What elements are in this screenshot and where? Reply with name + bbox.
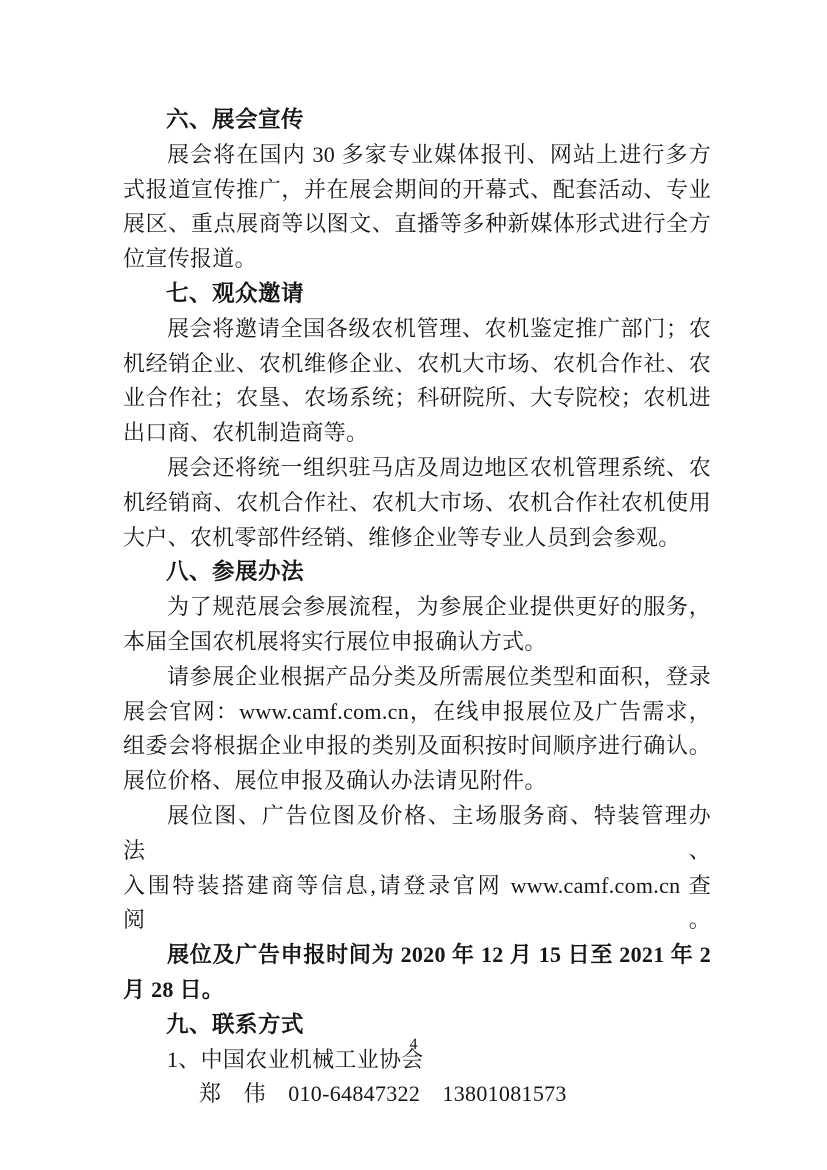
text-line: 展位价格、展位申报及确认办法请见附件。: [123, 764, 711, 799]
text-line: 出口商、农机制造商等。: [123, 416, 711, 451]
text-line: 展位及广告申报时间为 2020 年 12 月 15 日至 2021 年 2: [123, 938, 711, 973]
section-heading: 八、参展办法: [123, 555, 711, 590]
text-line: 为了规范展会参展流程，为参展企业提供更好的服务，: [123, 590, 711, 625]
text-line: 郑 伟 010-64847322 13801081573: [123, 1077, 711, 1112]
text-line: 展会还将统一组织驻马店及周边地区农机管理系统、农: [123, 451, 711, 486]
text-line: 机经销企业、农机维修企业、农机大市场、农机合作社、农: [123, 347, 711, 382]
text-line: 月 28 日。: [123, 973, 711, 1008]
text-line: 展会将邀请全国各级农机管理、农机鉴定推广部门；农: [123, 312, 711, 347]
text-line: 展会将在国内 30 多家专业媒体报刊、网站上进行多方: [123, 138, 711, 173]
text-line: 组委会将根据企业申报的类别及面积按时间顺序进行确认。: [123, 729, 711, 764]
text-line: 机经销商、农机合作社、农机大市场、农机合作社农机使用: [123, 486, 711, 521]
text-line: 展会官网：www.camf.com.cn，在线申报展位及广告需求，: [123, 695, 711, 730]
text-line: 位宣传报道。: [123, 242, 711, 277]
text-line: 请参展企业根据产品分类及所需展位类型和面积，登录: [123, 660, 711, 695]
text-line: 大户、农机零部件经销、维修企业等专业人员到会参观。: [123, 521, 711, 556]
document-body: 六、展会宣传展会将在国内 30 多家专业媒体报刊、网站上进行多方式报道宣传推广，…: [123, 103, 711, 1112]
text-line: 业合作社；农垦、农场系统；科研院所、大专院校；农机进: [123, 381, 711, 416]
text-line: 展区、重点展商等以图文、直播等多种新媒体形式进行全方: [123, 207, 711, 242]
text-line: 本届全国农机展将实行展位申报确认方式。: [123, 625, 711, 660]
section-heading: 七、观众邀请: [123, 277, 711, 312]
text-line: 入围特装搭建商等信息,请登录官网 www.camf.com.cn 查阅。: [123, 869, 711, 939]
section-heading: 六、展会宣传: [123, 103, 711, 138]
text-line: 式报道宣传推广，并在展会期间的开幕式、配套活动、专业: [123, 173, 711, 208]
page-number: 4: [0, 1036, 827, 1054]
document-page: 六、展会宣传展会将在国内 30 多家专业媒体报刊、网站上进行多方式报道宣传推广，…: [0, 0, 827, 1170]
text-line: 展位图、广告位图及价格、主场服务商、特装管理办法、: [123, 799, 711, 869]
